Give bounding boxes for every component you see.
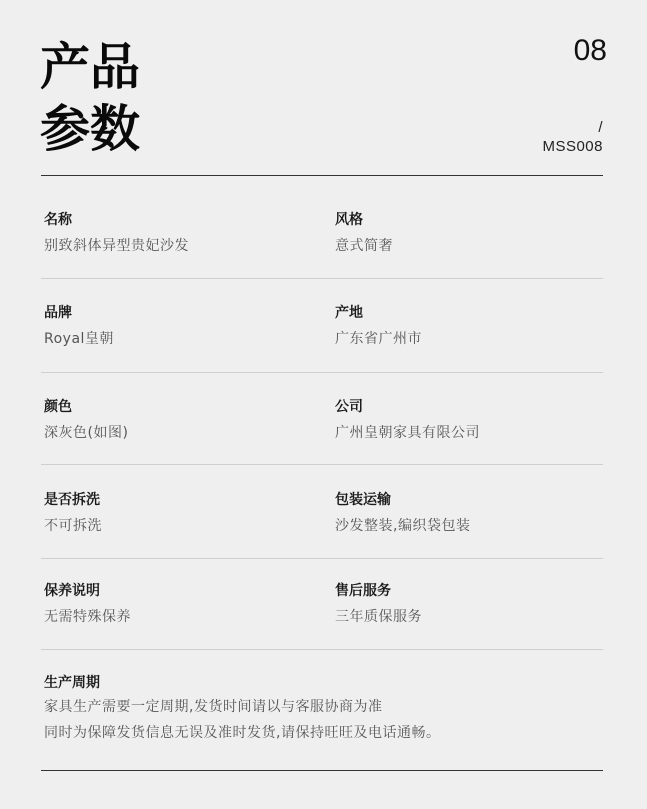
row-divider <box>41 558 603 559</box>
param-maintenance: 保养说明 无需特殊保养 <box>44 582 131 626</box>
param-brand: 品牌 Royal皇朝 <box>44 304 114 348</box>
param-color: 颜色 深灰色(如图) <box>44 398 128 442</box>
param-label: 产地 <box>335 304 422 322</box>
param-value: 沙发整装,编织袋包装 <box>335 517 470 535</box>
model-code-block: / MSS008 <box>542 118 603 156</box>
param-label: 售后服务 <box>335 582 422 600</box>
production-line-1: 家具生产需要一定周期,发货时间请以与客服协商为准 <box>44 698 440 716</box>
param-label: 风格 <box>335 211 393 229</box>
param-name: 名称 别致斜体异型贵妃沙发 <box>44 211 189 255</box>
bottom-divider <box>41 770 603 771</box>
model-code: MSS008 <box>542 137 603 156</box>
param-style: 风格 意式简奢 <box>335 211 393 255</box>
param-value: 不可拆洗 <box>44 517 102 535</box>
param-after-sales: 售后服务 三年质保服务 <box>335 582 422 626</box>
title-line-2: 参数 <box>40 98 140 160</box>
row-divider <box>41 372 603 373</box>
param-label: 保养说明 <box>44 582 131 600</box>
row-divider <box>41 464 603 465</box>
param-value: 无需特殊保养 <box>44 608 131 626</box>
production-label: 生产周期 <box>44 674 440 692</box>
row-divider <box>41 278 603 279</box>
param-company: 公司 广州皇朝家具有限公司 <box>335 398 480 442</box>
production-cycle: 生产周期 家具生产需要一定周期,发货时间请以与客服协商为准 同时为保障发货信息无… <box>44 674 440 742</box>
top-divider <box>41 175 603 176</box>
production-line-2: 同时为保障发货信息无误及准时发货,请保持旺旺及电话通畅。 <box>44 724 440 742</box>
page-number: 08 <box>574 34 607 68</box>
param-label: 包装运输 <box>335 491 470 509</box>
param-label: 是否拆洗 <box>44 491 102 509</box>
row-divider <box>41 649 603 650</box>
slash-divider: / <box>542 118 603 137</box>
param-washable: 是否拆洗 不可拆洗 <box>44 491 102 535</box>
param-value: 广东省广州市 <box>335 330 422 348</box>
page-title: 产品 参数 <box>40 36 140 160</box>
param-value: 别致斜体异型贵妃沙发 <box>44 237 189 255</box>
param-value: 广州皇朝家具有限公司 <box>335 424 480 442</box>
param-value: 意式简奢 <box>335 237 393 255</box>
param-label: 品牌 <box>44 304 114 322</box>
param-label: 公司 <box>335 398 480 416</box>
param-label: 颜色 <box>44 398 128 416</box>
param-packaging: 包装运输 沙发整装,编织袋包装 <box>335 491 470 535</box>
param-value: Royal皇朝 <box>44 330 114 348</box>
param-label: 名称 <box>44 211 189 229</box>
param-origin: 产地 广东省广州市 <box>335 304 422 348</box>
param-value: 深灰色(如图) <box>44 424 128 442</box>
param-value: 三年质保服务 <box>335 608 422 626</box>
title-line-1: 产品 <box>40 36 140 98</box>
